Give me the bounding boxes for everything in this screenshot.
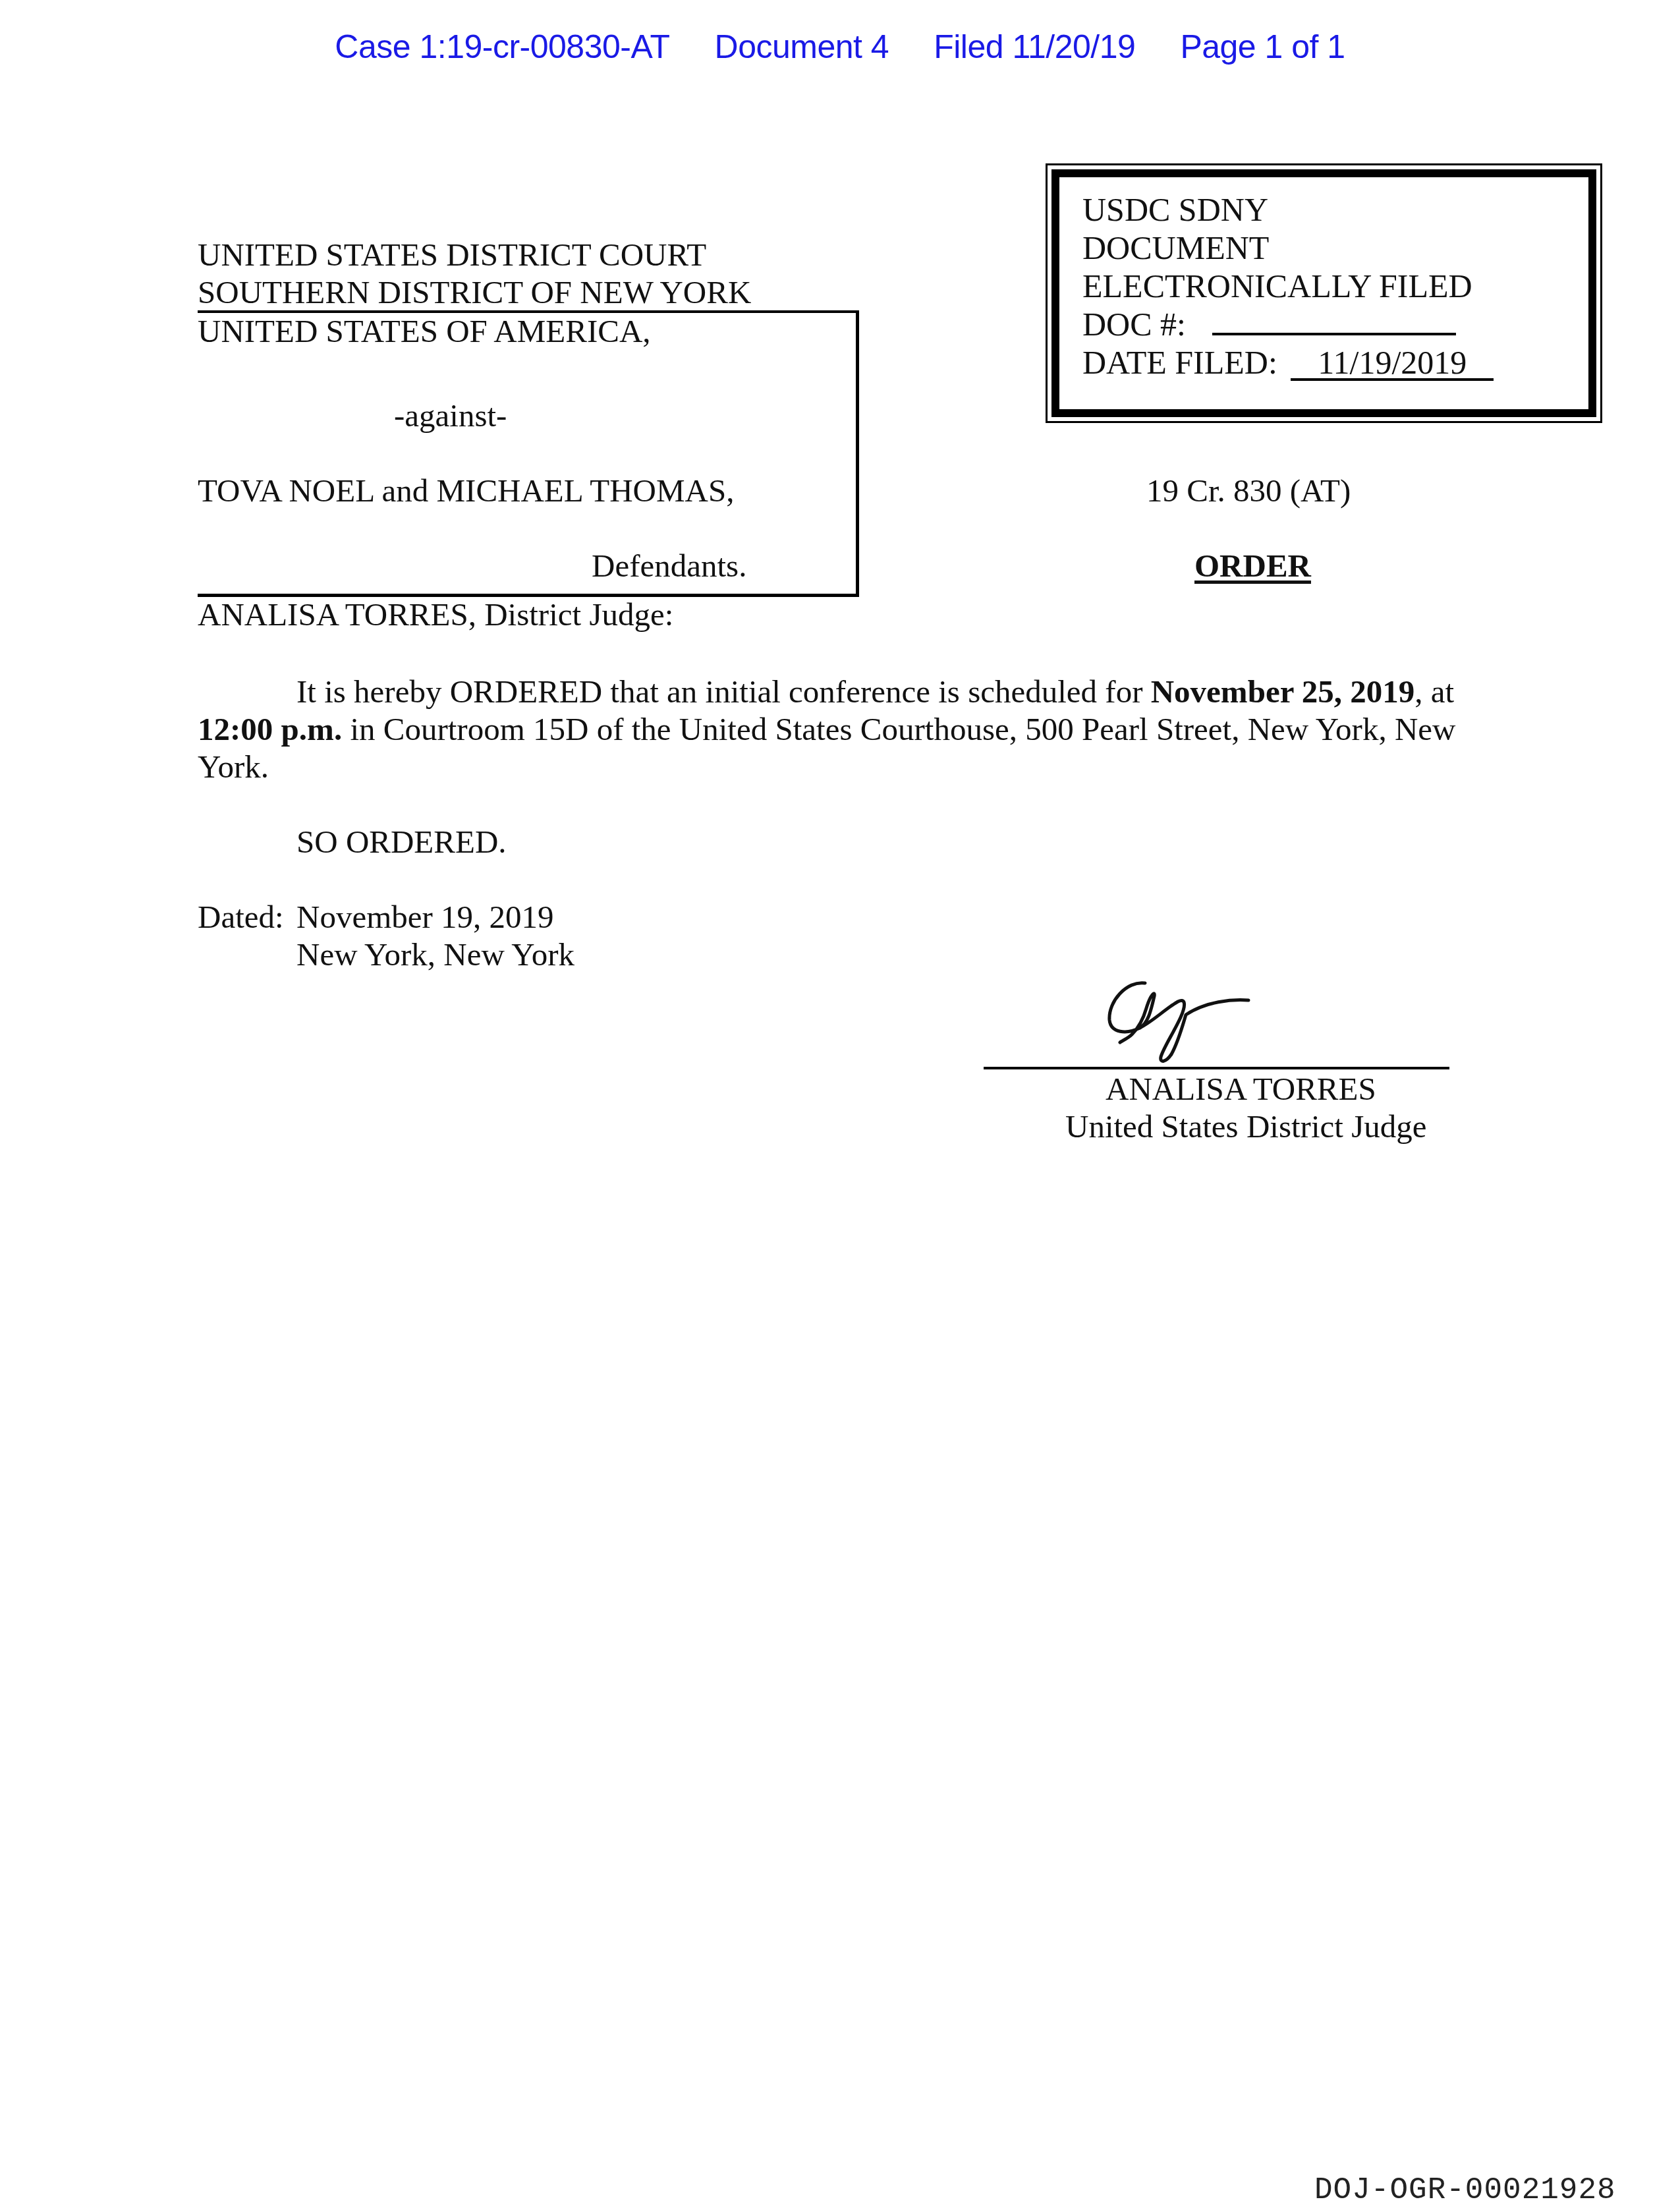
ecf-document-number: Document 4	[715, 28, 889, 66]
stamp-doc-label: DOC #:	[1082, 306, 1186, 343]
court-name: UNITED STATES DISTRICT COURT	[198, 236, 706, 273]
bates-number: DOJ-OGR-00021928	[1314, 2173, 1616, 2207]
judge-intro: ANALISA TORRES, District Judge:	[198, 596, 673, 633]
stamp-line-electronically-filed: ELECTRONICALLY FILED	[1082, 267, 1494, 305]
filing-stamp-box: USDC SDNY DOCUMENT ELECTRONICALLY FILED …	[1046, 163, 1602, 423]
document-title: ORDER	[1194, 547, 1311, 584]
caption-defendants-label: Defendants.	[592, 547, 746, 584]
stamp-date-label: DATE FILED:	[1082, 344, 1277, 381]
ecf-page-count: Page 1 of 1	[1180, 28, 1345, 66]
judge-name: ANALISA TORRES	[1106, 1070, 1376, 1108]
caption-against: -against-	[394, 397, 507, 434]
signature-line	[984, 1067, 1449, 1069]
ecf-case-number: Case 1:19-cr-00830-AT	[335, 28, 669, 66]
order-paragraph: It is hereby ORDERED that an initial con…	[198, 673, 1489, 785]
dated-label: Dated:	[198, 898, 284, 936]
caption-defendants: TOVA NOEL and MICHAEL THOMAS,	[198, 472, 734, 509]
judge-title: United States District Judge	[1065, 1108, 1426, 1145]
order-text-3: in Courtroom 15D of the United States Co…	[198, 711, 1455, 785]
ecf-header: Case 1:19-cr-00830-ATDocument 4Filed 11/…	[0, 28, 1680, 66]
stamp-date-filed-row: DATE FILED: 11/19/2019	[1082, 343, 1494, 382]
conference-date: November 25, 2019	[1151, 673, 1415, 710]
stamp-doc-value	[1212, 333, 1456, 335]
stamp-doc-number-row: DOC #:	[1082, 305, 1494, 343]
order-text-1: It is hereby ORDERED that an initial con…	[296, 673, 1151, 710]
caption-right-rule	[856, 310, 859, 597]
ecf-filed-date: Filed 11/20/19	[934, 28, 1135, 66]
court-district: SOUTHERN DISTRICT OF NEW YORK	[198, 273, 751, 311]
stamp-line-court: USDC SDNY	[1082, 190, 1494, 229]
dated-place: New York, New York	[296, 936, 574, 973]
stamp-date-value: 11/19/2019	[1291, 347, 1494, 381]
case-number: 19 Cr. 830 (AT)	[1146, 472, 1351, 509]
handwritten-signature-icon	[1100, 975, 1311, 1067]
stamp-line-document: DOCUMENT	[1082, 229, 1494, 267]
order-text-2: , at	[1414, 673, 1454, 710]
caption-plaintiff: UNITED STATES OF AMERICA,	[198, 312, 651, 350]
conference-time: 12:00 p.m.	[198, 711, 342, 747]
dated-date: November 19, 2019	[296, 898, 554, 936]
so-ordered: SO ORDERED.	[296, 823, 507, 861]
